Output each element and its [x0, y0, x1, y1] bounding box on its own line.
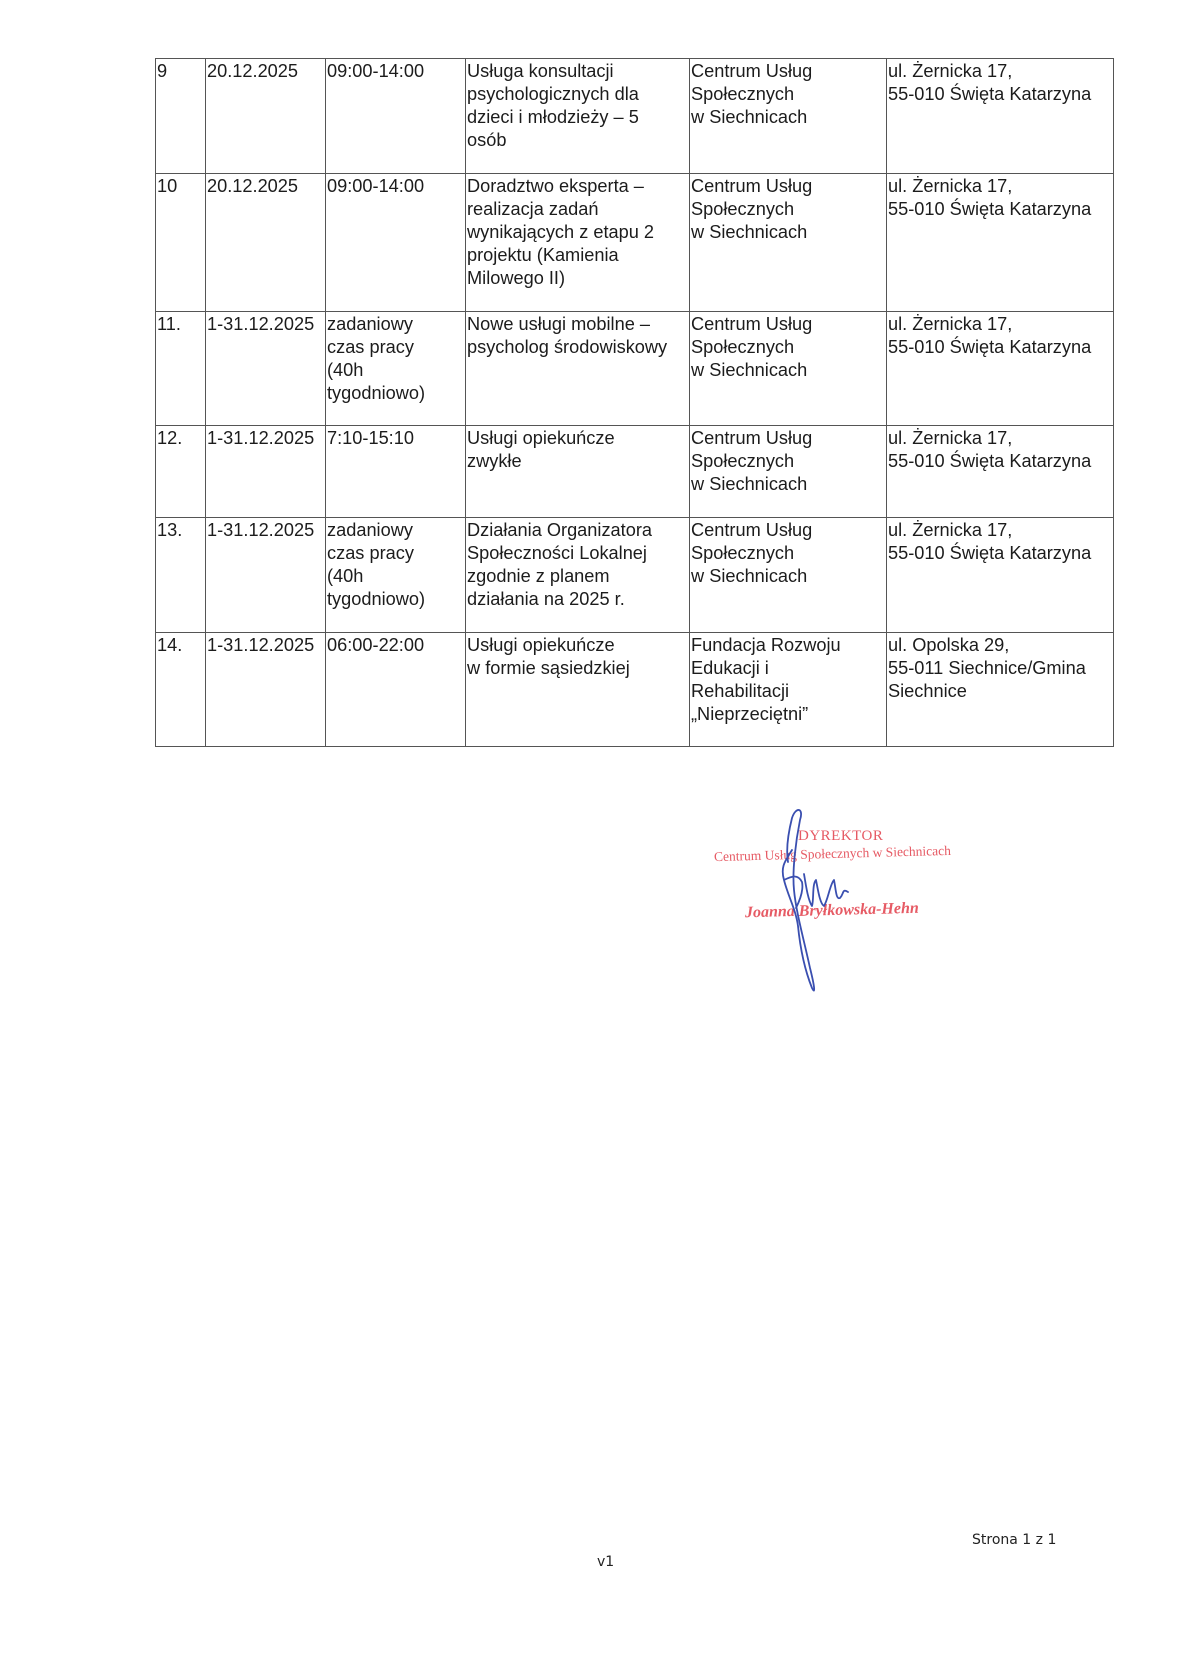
cell-provider: Centrum Usług Społecznych w Siechnicach: [690, 174, 887, 312]
table-row: 12. 1-31.12.2025 7:10-15:10 Usługi opiek…: [156, 426, 1114, 518]
cell-time: 09:00-14:00: [326, 59, 466, 174]
cell-address: ul. Żernicka 17, 55-010 Święta Katarzyna: [887, 518, 1114, 633]
version-label: v1: [597, 1554, 614, 1570]
cell-service: Usługi opiekuńcze zwykłe: [466, 426, 690, 518]
table-row: 11. 1-31.12.2025 zadaniowy czas pracy (4…: [156, 312, 1114, 426]
schedule-table: 9 20.12.2025 09:00-14:00 Usługa konsulta…: [155, 58, 1114, 747]
cell-provider: Fundacja Rozwoju Edukacji i Rehabilitacj…: [690, 633, 887, 747]
cell-date: 1-31.12.2025: [206, 633, 326, 747]
signature-icon: [700, 800, 1000, 1000]
cell-address: ul. Żernicka 17, 55-010 Święta Katarzyna: [887, 174, 1114, 312]
cell-date: 20.12.2025: [206, 174, 326, 312]
cell-address: ul. Żernicka 17, 55-010 Święta Katarzyna: [887, 59, 1114, 174]
cell-service: Usługa konsultacji psychologicznych dla …: [466, 59, 690, 174]
table-row: 13. 1-31.12.2025 zadaniowy czas pracy (4…: [156, 518, 1114, 633]
cell-number: 10: [156, 174, 206, 312]
cell-provider: Centrum Usług Społecznych w Siechnicach: [690, 518, 887, 633]
cell-date: 1-31.12.2025: [206, 312, 326, 426]
cell-date: 1-31.12.2025: [206, 518, 326, 633]
cell-time: 7:10-15:10: [326, 426, 466, 518]
cell-number: 14.: [156, 633, 206, 747]
cell-number: 12.: [156, 426, 206, 518]
cell-service: Usługi opiekuńcze w formie sąsiedzkiej: [466, 633, 690, 747]
cell-provider: Centrum Usług Społecznych w Siechnicach: [690, 426, 887, 518]
cell-service: Doradztwo eksperta – realizacja zadań wy…: [466, 174, 690, 312]
cell-service: Nowe usługi mobilne – psycholog środowis…: [466, 312, 690, 426]
cell-date: 1-31.12.2025: [206, 426, 326, 518]
director-stamp: DYREKTOR Centrum Usług Społecznych w Sie…: [700, 800, 1000, 1000]
cell-address: ul. Opolska 29, 55-011 Siechnice/Gmina S…: [887, 633, 1114, 747]
cell-address: ul. Żernicka 17, 55-010 Święta Katarzyna: [887, 312, 1114, 426]
cell-service: Działania Organizatora Społeczności Loka…: [466, 518, 690, 633]
cell-time: 09:00-14:00: [326, 174, 466, 312]
page-number: Strona 1 z 1: [972, 1532, 1056, 1548]
cell-date: 20.12.2025: [206, 59, 326, 174]
cell-number: 13.: [156, 518, 206, 633]
table-row: 10 20.12.2025 09:00-14:00 Doradztwo eksp…: [156, 174, 1114, 312]
cell-provider: Centrum Usług Społecznych w Siechnicach: [690, 59, 887, 174]
cell-time: zadaniowy czas pracy (40h tygodniowo): [326, 518, 466, 633]
cell-number: 11.: [156, 312, 206, 426]
cell-provider: Centrum Usług Społecznych w Siechnicach: [690, 312, 887, 426]
cell-address: ul. Żernicka 17, 55-010 Święta Katarzyna: [887, 426, 1114, 518]
cell-time: 06:00-22:00: [326, 633, 466, 747]
table-row: 9 20.12.2025 09:00-14:00 Usługa konsulta…: [156, 59, 1114, 174]
table-row: 14. 1-31.12.2025 06:00-22:00 Usługi opie…: [156, 633, 1114, 747]
document-page: 9 20.12.2025 09:00-14:00 Usługa konsulta…: [0, 0, 1188, 1680]
cell-number: 9: [156, 59, 206, 174]
cell-time: zadaniowy czas pracy (40h tygodniowo): [326, 312, 466, 426]
